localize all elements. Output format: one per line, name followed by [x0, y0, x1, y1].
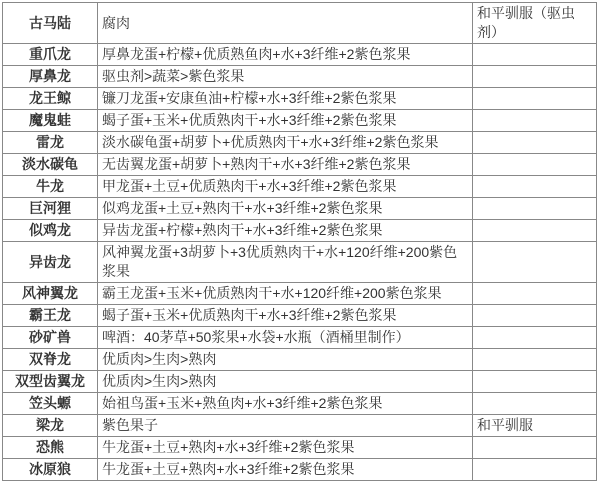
cell-name: 牛龙 [3, 176, 98, 198]
table-row: 异齿龙风神翼龙蛋+3胡萝卜+3优质熟肉干+水+120纤维+200紫色浆果 [3, 242, 597, 283]
cell-name: 巨河狸 [3, 198, 98, 220]
cell-note [473, 88, 597, 110]
cell-note: 和平驯服（驱虫剂） [473, 3, 597, 44]
cell-recipe: 镰刀龙蛋+安康鱼油+柠檬+水+3纤维+2紫色浆果 [98, 88, 473, 110]
cell-recipe: 无齿翼龙蛋+胡萝卜+熟肉干+水+3纤维+2紫色浆果 [98, 154, 473, 176]
cell-name: 魔鬼蛙 [3, 110, 98, 132]
cell-name: 重爪龙 [3, 44, 98, 66]
cell-recipe: 紫色果子 [98, 415, 473, 437]
cell-recipe: 风神翼龙蛋+3胡萝卜+3优质熟肉干+水+120纤维+200紫色浆果 [98, 242, 473, 283]
cell-recipe: 厚鼻龙蛋+柠檬+优质熟鱼肉+水+3纤维+2紫色浆果 [98, 44, 473, 66]
cell-note [473, 437, 597, 459]
cell-note [473, 283, 597, 305]
cell-name: 古马陆 [3, 3, 98, 44]
table-row: 冰原狼牛龙蛋+土豆+熟肉+水+3纤维+2紫色浆果 [3, 459, 597, 481]
cell-recipe: 霸王龙蛋+玉米+优质熟肉干+水+120纤维+200紫色浆果 [98, 283, 473, 305]
cell-name: 似鸡龙 [3, 220, 98, 242]
cell-note [473, 242, 597, 283]
cell-recipe: 异齿龙蛋+柠檬+熟肉干+水+3纤维+2紫色浆果 [98, 220, 473, 242]
cell-note [473, 198, 597, 220]
cell-name: 风神翼龙 [3, 283, 98, 305]
cell-recipe: 牛龙蛋+土豆+熟肉+水+3纤维+2紫色浆果 [98, 437, 473, 459]
table-row: 牛龙甲龙蛋+土豆+优质熟肉干+水+3纤维+2紫色浆果 [3, 176, 597, 198]
cell-name: 厚鼻龙 [3, 66, 98, 88]
cell-name: 异齿龙 [3, 242, 98, 283]
table-row: 双脊龙优质肉>生肉>熟肉 [3, 349, 597, 371]
cell-recipe: 蝎子蛋+玉米+优质熟肉干+水+3纤维+2紫色浆果 [98, 110, 473, 132]
table-row: 雷龙淡水碳龟蛋+胡萝卜+优质熟肉干+水+3纤维+2紫色浆果 [3, 132, 597, 154]
cell-note [473, 66, 597, 88]
cell-note [473, 44, 597, 66]
cell-recipe: 淡水碳龟蛋+胡萝卜+优质熟肉干+水+3纤维+2紫色浆果 [98, 132, 473, 154]
cell-name: 冰原狼 [3, 459, 98, 481]
cell-note [473, 220, 597, 242]
table-row: 厚鼻龙驱虫剂>蔬菜>紫色浆果 [3, 66, 597, 88]
cell-name: 双型齿翼龙 [3, 371, 98, 393]
cell-recipe: 蝎子蛋+玉米+优质熟肉干+水+3纤维+2紫色浆果 [98, 305, 473, 327]
table-row: 似鸡龙异齿龙蛋+柠檬+熟肉干+水+3纤维+2紫色浆果 [3, 220, 597, 242]
table-row: 笠头螈始祖鸟蛋+玉米+熟鱼肉+水+3纤维+2紫色浆果 [3, 393, 597, 415]
cell-note [473, 459, 597, 481]
cell-recipe: 腐肉 [98, 3, 473, 44]
table-row: 重爪龙厚鼻龙蛋+柠檬+优质熟鱼肉+水+3纤维+2紫色浆果 [3, 44, 597, 66]
cell-name: 淡水碳龟 [3, 154, 98, 176]
cell-recipe: 驱虫剂>蔬菜>紫色浆果 [98, 66, 473, 88]
cell-note [473, 176, 597, 198]
page: 古马陆腐肉和平驯服（驱虫剂）重爪龙厚鼻龙蛋+柠檬+优质熟鱼肉+水+3纤维+2紫色… [0, 0, 600, 481]
cell-note [473, 132, 597, 154]
table-row: 恐熊牛龙蛋+土豆+熟肉+水+3纤维+2紫色浆果 [3, 437, 597, 459]
cell-name: 笠头螈 [3, 393, 98, 415]
table-row: 古马陆腐肉和平驯服（驱虫剂） [3, 3, 597, 44]
cell-note [473, 305, 597, 327]
cell-recipe: 优质肉>生肉>熟肉 [98, 371, 473, 393]
cell-name: 龙王鲸 [3, 88, 98, 110]
cell-name: 双脊龙 [3, 349, 98, 371]
cell-recipe: 优质肉>生肉>熟肉 [98, 349, 473, 371]
cell-note [473, 154, 597, 176]
cell-note [473, 349, 597, 371]
table-row: 梁龙紫色果子和平驯服 [3, 415, 597, 437]
cell-note [473, 371, 597, 393]
cell-note [473, 327, 597, 349]
cell-recipe: 始祖鸟蛋+玉米+熟鱼肉+水+3纤维+2紫色浆果 [98, 393, 473, 415]
table-row: 巨河狸似鸡龙蛋+土豆+熟肉干+水+3纤维+2紫色浆果 [3, 198, 597, 220]
cell-name: 霸王龙 [3, 305, 98, 327]
cell-note [473, 110, 597, 132]
table-row: 霸王龙蝎子蛋+玉米+优质熟肉干+水+3纤维+2紫色浆果 [3, 305, 597, 327]
table-row: 龙王鲸镰刀龙蛋+安康鱼油+柠檬+水+3纤维+2紫色浆果 [3, 88, 597, 110]
cell-recipe: 牛龙蛋+土豆+熟肉+水+3纤维+2紫色浆果 [98, 459, 473, 481]
cell-name: 梁龙 [3, 415, 98, 437]
cell-name: 恐熊 [3, 437, 98, 459]
table-row: 淡水碳龟无齿翼龙蛋+胡萝卜+熟肉干+水+3纤维+2紫色浆果 [3, 154, 597, 176]
cell-recipe: 似鸡龙蛋+土豆+熟肉干+水+3纤维+2紫色浆果 [98, 198, 473, 220]
cell-note [473, 393, 597, 415]
cell-recipe: 啤酒：40茅草+50浆果+水袋+水瓶（酒桶里制作） [98, 327, 473, 349]
cell-name: 雷龙 [3, 132, 98, 154]
table-row: 魔鬼蛙蝎子蛋+玉米+优质熟肉干+水+3纤维+2紫色浆果 [3, 110, 597, 132]
taming-table-body: 古马陆腐肉和平驯服（驱虫剂）重爪龙厚鼻龙蛋+柠檬+优质熟鱼肉+水+3纤维+2紫色… [3, 3, 597, 481]
cell-note: 和平驯服 [473, 415, 597, 437]
cell-recipe: 甲龙蛋+土豆+优质熟肉干+水+3纤维+2紫色浆果 [98, 176, 473, 198]
table-row: 双型齿翼龙优质肉>生肉>熟肉 [3, 371, 597, 393]
table-row: 砂矿兽啤酒：40茅草+50浆果+水袋+水瓶（酒桶里制作） [3, 327, 597, 349]
taming-table: 古马陆腐肉和平驯服（驱虫剂）重爪龙厚鼻龙蛋+柠檬+优质熟鱼肉+水+3纤维+2紫色… [2, 2, 597, 481]
table-row: 风神翼龙霸王龙蛋+玉米+优质熟肉干+水+120纤维+200紫色浆果 [3, 283, 597, 305]
cell-name: 砂矿兽 [3, 327, 98, 349]
